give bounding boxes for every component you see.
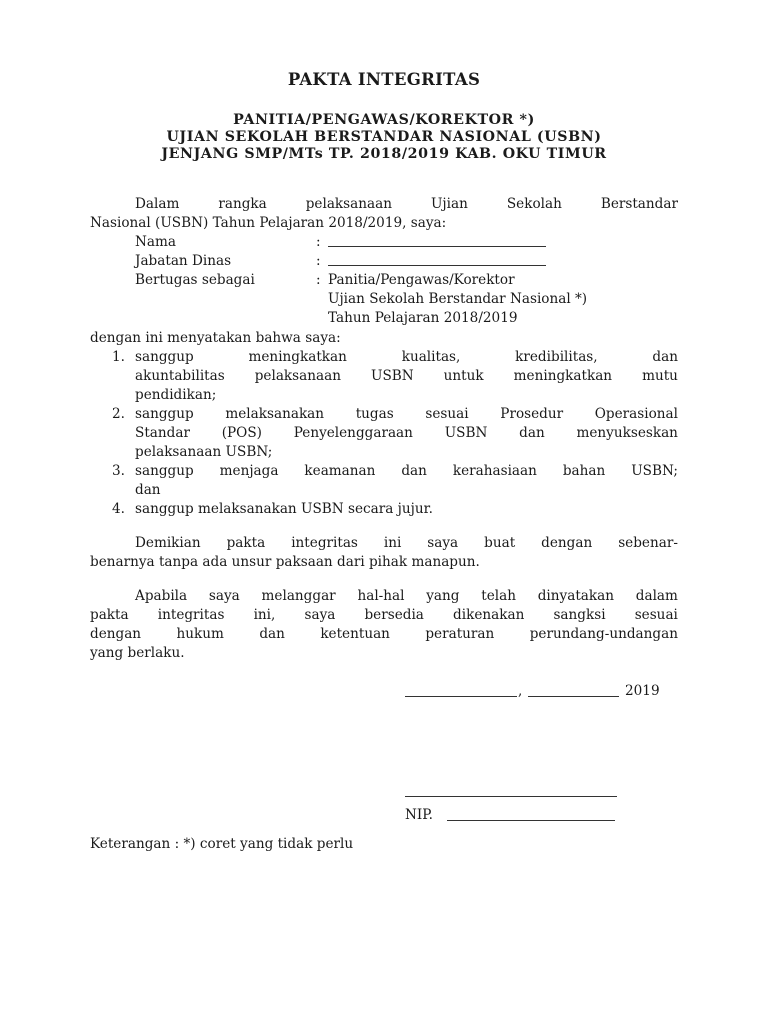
word: melaksanakan	[225, 405, 324, 424]
subheading-exam: UJIAN SEKOLAH BERSTANDAR NASIONAL (USBN)	[0, 128, 768, 146]
word: dan	[401, 462, 427, 481]
word: Prosedur	[500, 405, 563, 424]
place-date-separator: ,	[518, 682, 522, 701]
word: Operasional	[595, 405, 678, 424]
word: dengan	[90, 625, 141, 644]
word: telah	[481, 587, 516, 606]
word: ini,	[254, 606, 276, 625]
field-label-bertugas-sebagai: Bertugas sebagai	[135, 271, 255, 290]
word: dikenakan	[453, 606, 524, 625]
list-number: 4.	[112, 500, 125, 519]
word: dan	[519, 424, 545, 443]
word: buat	[484, 534, 515, 553]
field-label-jabatan-dinas: Jabatan Dinas	[135, 252, 231, 271]
word: keamanan	[304, 462, 375, 481]
word: perundang-undangan	[530, 625, 678, 644]
list-number: 1.	[112, 348, 125, 367]
date-blank-line[interactable]	[528, 683, 619, 697]
field-continuation-exam: Ujian Sekolah Berstandar Nasional *)	[328, 290, 587, 309]
word: Berstandar	[601, 195, 678, 214]
word: sanggup	[135, 348, 194, 367]
word: bahan	[563, 462, 605, 481]
word: menjaga	[220, 462, 279, 481]
sanction-line-4: yang berlaku.	[90, 644, 185, 663]
signature-name-line[interactable]	[405, 783, 617, 797]
word: dengan	[541, 534, 592, 553]
signature-year: 2019	[625, 682, 660, 701]
subheading-level: JENJANG SMP/MTs TP. 2018/2019 KAB. OKU T…	[0, 145, 768, 163]
word: integritas	[291, 534, 358, 553]
word: saya	[304, 606, 335, 625]
list-number: 3.	[112, 462, 125, 481]
word: pelaksanaan	[306, 195, 392, 214]
subheading-role: PANITIA/PENGAWAS/KOREKTOR *)	[0, 111, 768, 129]
word: integritas	[158, 606, 225, 625]
word: kredibilitas,	[515, 348, 597, 367]
field-label-nama: Nama	[135, 233, 176, 252]
list-number: 2.	[112, 405, 125, 424]
sanction-line-1: Apabila saya melanggar hal-hal yang tela…	[135, 587, 678, 606]
word: melanggar	[262, 587, 336, 606]
word: mutu	[642, 367, 678, 386]
word: sangksi	[553, 606, 605, 625]
word: sesuai	[425, 405, 468, 424]
word: USBN	[445, 424, 488, 443]
declaration-line-2: benarnya tanpa ada unsur paksaan dari pi…	[90, 553, 480, 572]
word: USBN;	[631, 462, 678, 481]
field-value-bertugas-sebagai: Panitia/Pengawas/Korektor	[328, 271, 515, 290]
word: dan	[259, 625, 285, 644]
nama-blank-line[interactable]	[328, 233, 546, 247]
document-page: PAKTA INTEGRITAS PANITIA/PENGAWAS/KOREKT…	[0, 0, 768, 1024]
commitment-3-line-1: sanggup menjaga keamanan dan kerahasiaan…	[135, 462, 678, 481]
word: hukum	[177, 625, 224, 644]
word: meningkatkan	[249, 348, 347, 367]
word: (POS)	[222, 424, 262, 443]
word: rangka	[218, 195, 266, 214]
place-blank-line[interactable]	[405, 683, 517, 697]
footnote: Keterangan : *) coret yang tidak perlu	[90, 835, 353, 854]
word: peraturan	[425, 625, 494, 644]
sanction-line-2: pakta integritas ini, saya bersedia dike…	[90, 606, 678, 625]
commitment-3-line-2: dan	[135, 481, 161, 500]
nip-label: NIP.	[405, 806, 433, 825]
word: Ujian	[431, 195, 468, 214]
word: Apabila	[135, 587, 187, 606]
statement-lead: dengan ini menyatakan bahwa saya:	[90, 329, 341, 348]
word: ini	[384, 534, 401, 553]
word: hal-hal	[357, 587, 404, 606]
commitment-2-line-2: Standar (POS) Penyelenggaraan USBN dan m…	[135, 424, 678, 443]
word: pakta	[90, 606, 129, 625]
word: Sekolah	[507, 195, 562, 214]
field-colon: :	[316, 233, 321, 252]
word: akuntabilitas	[135, 367, 225, 386]
word: kerahasiaan	[453, 462, 537, 481]
word: ketentuan	[320, 625, 390, 644]
word: saya	[427, 534, 458, 553]
word: meningkatkan	[514, 367, 612, 386]
commitment-2-line-1: sanggup melaksanakan tugas sesuai Prosed…	[135, 405, 678, 424]
field-colon: :	[316, 271, 321, 290]
commitment-1-line-3: pendidikan;	[135, 386, 216, 405]
word: sebenar-	[618, 534, 678, 553]
intro-line-1: Dalam rangka pelaksanaan Ujian Sekolah B…	[135, 195, 678, 214]
word: Demikian	[135, 534, 201, 553]
word: dan	[652, 348, 678, 367]
word: Penyelenggaraan	[294, 424, 413, 443]
word: dinyatakan	[538, 587, 614, 606]
word: sanggup	[135, 405, 194, 424]
word: yang	[426, 587, 459, 606]
word: tugas	[356, 405, 394, 424]
field-continuation-year: Tahun Pelajaran 2018/2019	[328, 309, 518, 328]
intro-line-2: Nasional (USBN) Tahun Pelajaran 2018/201…	[90, 214, 446, 233]
word: sanggup	[135, 462, 194, 481]
word: saya	[209, 587, 240, 606]
commitment-1-line-2: akuntabilitas pelaksanaan USBN untuk men…	[135, 367, 678, 386]
word: bersedia	[364, 606, 423, 625]
commitment-2-line-3: pelaksanaan USBN;	[135, 443, 272, 462]
commitment-4-line-1: sanggup melaksanakan USBN secara jujur.	[135, 500, 433, 519]
sanction-line-3: dengan hukum dan ketentuan peraturan per…	[90, 625, 678, 644]
declaration-line-1: Demikian pakta integritas ini saya buat …	[135, 534, 678, 553]
field-colon: :	[316, 252, 321, 271]
commitment-1-line-1: sanggup meningkatkan kualitas, kredibili…	[135, 348, 678, 367]
nip-blank-line[interactable]	[447, 807, 615, 821]
word: pakta	[227, 534, 266, 553]
word: kualitas,	[402, 348, 461, 367]
document-title: PAKTA INTEGRITAS	[0, 70, 768, 89]
word: dalam	[636, 587, 678, 606]
word: sesuai	[635, 606, 678, 625]
word: Dalam	[135, 195, 179, 214]
jabatan-dinas-blank-line[interactable]	[328, 252, 546, 266]
word: pelaksanaan	[255, 367, 341, 386]
word: USBN	[371, 367, 414, 386]
word: menyukseskan	[576, 424, 677, 443]
word: untuk	[444, 367, 484, 386]
word: Standar	[135, 424, 190, 443]
